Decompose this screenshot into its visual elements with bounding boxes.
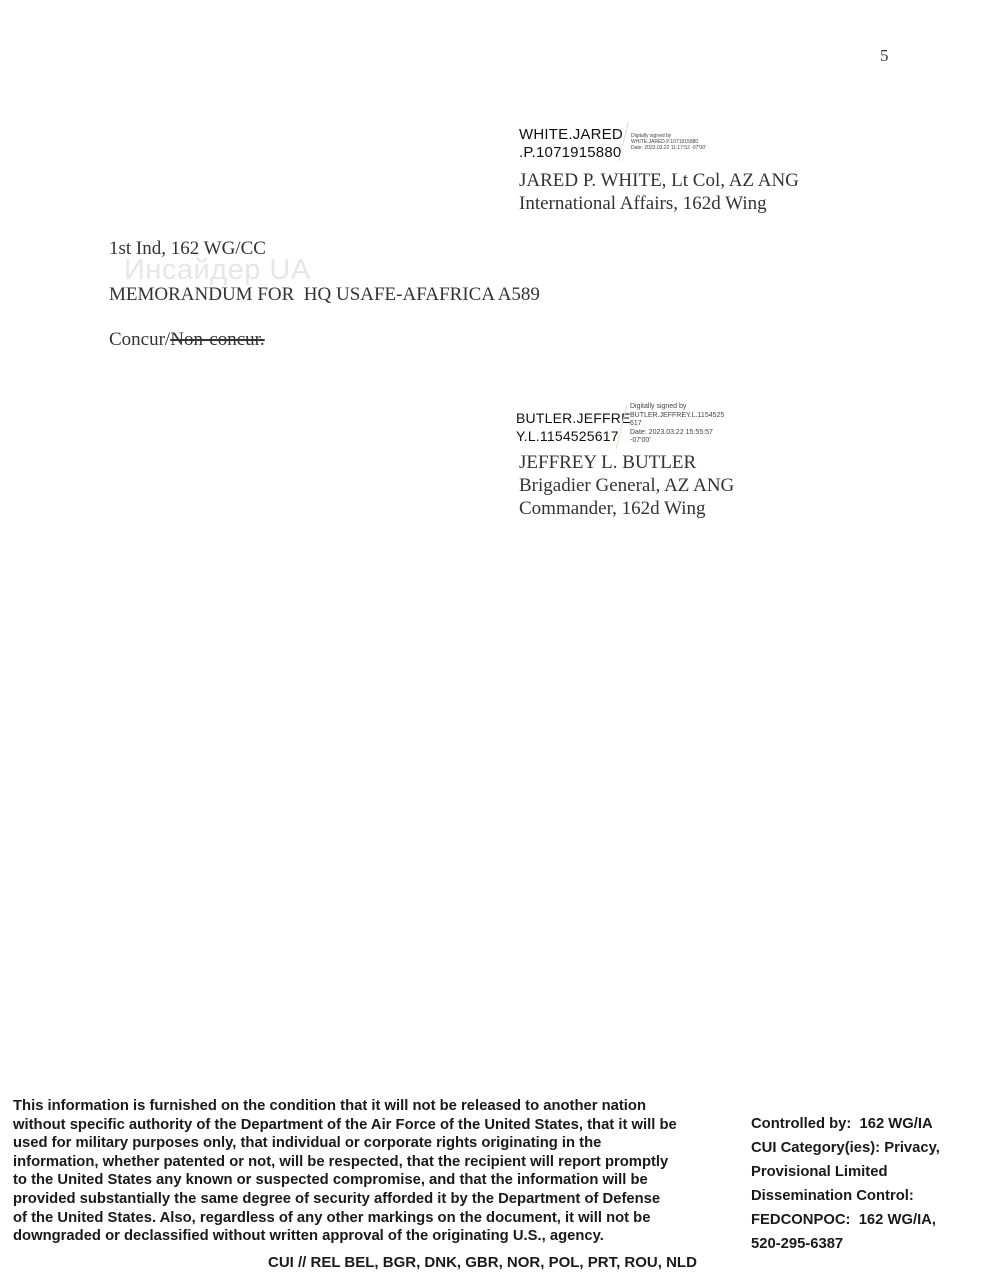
digital-signature-1-signer-id[interactable]: WHITE.JARED .P.1071915880 (519, 126, 623, 162)
digital-signature-2-details: Digitally signed by BUTLER.JEFFREY.L.115… (630, 403, 724, 446)
signature-detail-line: 617 (630, 420, 724, 429)
watermark: Инсайдер UA (124, 254, 311, 287)
disclaimer-line: provided substantially the same degree o… (13, 1190, 753, 1209)
disclaimer-line: downgraded or declassified without writt… (13, 1227, 753, 1246)
disclaimer-line: used for military purposes only, that in… (13, 1134, 753, 1153)
disclaimer-line: of the United States. Also, regardless o… (13, 1209, 753, 1228)
signature-block-line: JARED P. WHITE, Lt Col, AZ ANG (519, 169, 799, 192)
disclaimer-line: This information is furnished on the con… (13, 1097, 753, 1116)
signature-block-line: Commander, 162d Wing (519, 497, 734, 520)
memorandum-for: MEMORANDUM FOR HQ USAFE-AFAFRICA A589 (109, 284, 540, 306)
control-line: Provisional Limited (751, 1160, 940, 1184)
signature-block-2: JEFFREY L. BUTLER Brigadier General, AZ … (519, 451, 734, 520)
decision-concur: Concur/ (109, 329, 170, 350)
disclaimer-line: information, whether patented or not, wi… (13, 1153, 753, 1172)
decision-non-concur-struck: Non-concur. (170, 329, 264, 350)
signer-id-line: WHITE.JARED (519, 126, 623, 144)
signature-block-line: International Affairs, 162d Wing (519, 192, 799, 215)
signature-block-1: JARED P. WHITE, Lt Col, AZ ANG Internati… (519, 169, 799, 215)
release-disclaimer: This information is furnished on the con… (13, 1097, 753, 1246)
signature-detail-line: Date: 2023.03.22 11:17:52 -07'00' (631, 145, 706, 151)
signature-block-line: Brigadier General, AZ ANG (519, 474, 734, 497)
control-line: CUI Category(ies): Privacy, (751, 1136, 940, 1160)
signature-detail-line: BUTLER.JEFFREY.L.1154525 (630, 412, 724, 421)
signature-detail-line: Date: 2023.03.22 15:55:57 (630, 429, 724, 438)
digital-signature-2-signer-id[interactable]: BUTLER.JEFFRE Y.L.1154525617 (516, 409, 631, 445)
signature-block-line: JEFFREY L. BUTLER (519, 451, 734, 474)
cui-control-block: Controlled by: 162 WG/IA CUI Category(ie… (751, 1112, 940, 1256)
control-line: Controlled by: 162 WG/IA (751, 1112, 940, 1136)
control-line: FEDCONPOC: 162 WG/IA, (751, 1208, 940, 1232)
signer-id-line: Y.L.1154525617 (516, 427, 631, 445)
signer-id-line: .P.1071915880 (519, 144, 623, 162)
disclaimer-line: to the United States any known or suspec… (13, 1171, 753, 1190)
decision-line: Concur/Non-concur. (109, 329, 265, 351)
disclaimer-line: without specific authority of the Depart… (13, 1116, 753, 1135)
page-number: 5 (880, 46, 889, 66)
digital-signature-1-details: Digitally signed by WHITE.JARED.P.107191… (631, 133, 706, 151)
cui-banner: CUI // REL BEL, BGR, DNK, GBR, NOR, POL,… (268, 1254, 697, 1271)
control-line: Dissemination Control: (751, 1184, 940, 1208)
signature-detail-line: Digitally signed by (630, 403, 724, 412)
control-line: 520-295-6387 (751, 1232, 940, 1256)
signer-id-line: BUTLER.JEFFRE (516, 409, 631, 427)
signature-detail-line: -07'00' (630, 437, 724, 446)
